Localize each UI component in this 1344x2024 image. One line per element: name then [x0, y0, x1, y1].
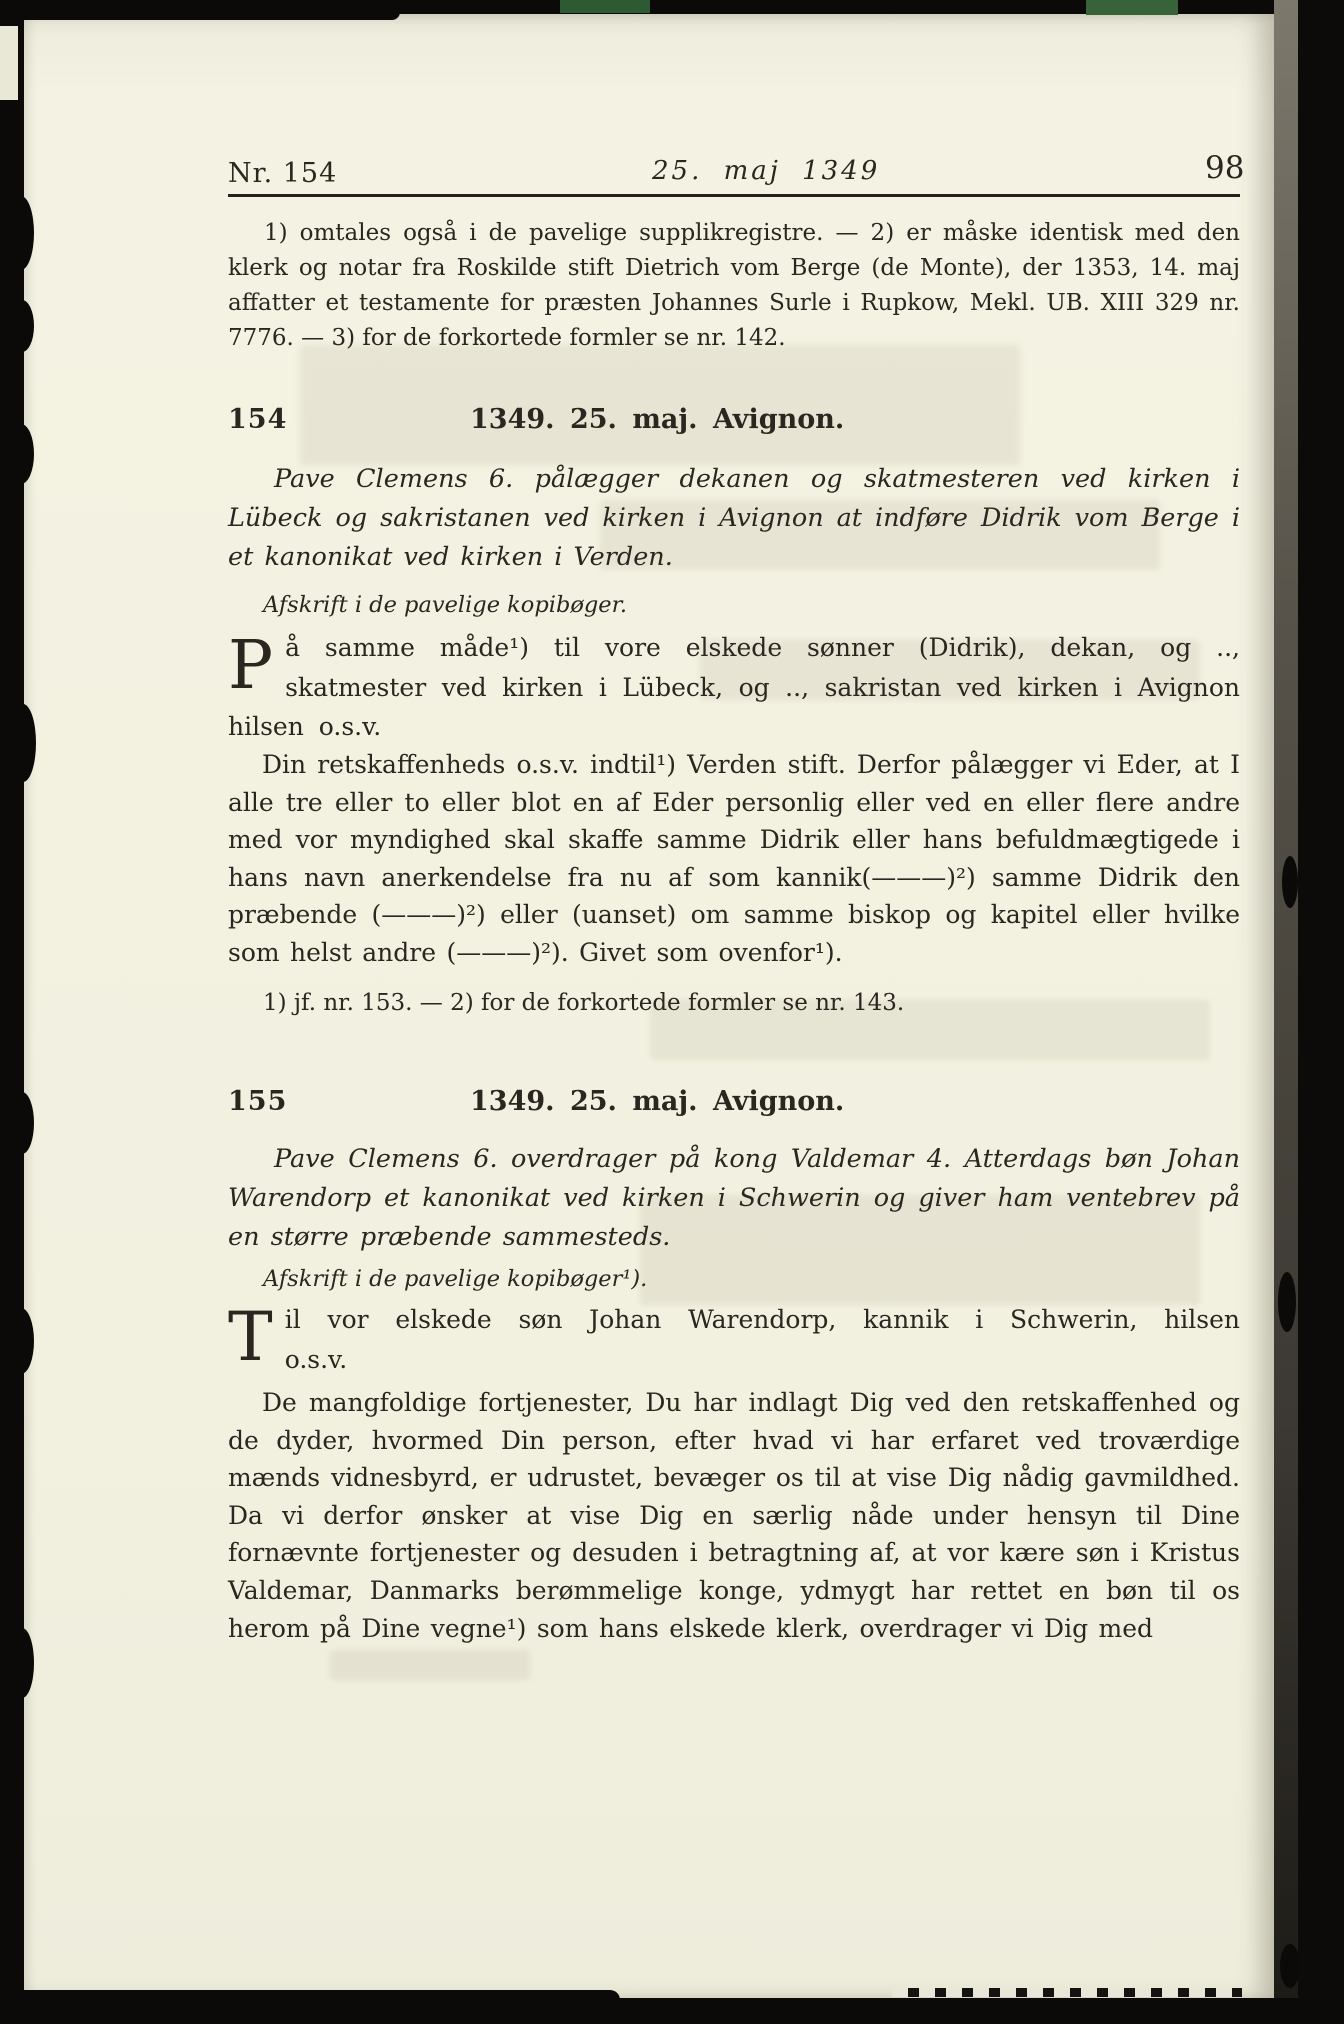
- running-head-number: Nr. 154: [228, 158, 337, 189]
- scan-edge-right-shadow: [1274, 0, 1300, 2024]
- page-number: 98: [1205, 150, 1244, 186]
- scan-edge-notch: [0, 26, 18, 100]
- entry-body-paragraph: Din retskaffenheds o.s.v. indtil¹) Verde…: [228, 746, 1240, 972]
- opening-text: il vor elskede søn Johan Warendorp, kann…: [285, 1305, 1240, 1374]
- scan-blotch: [10, 300, 34, 352]
- scan-blotch: [10, 1628, 34, 1698]
- entry-footnote: 1) jf. nr. 153. — 2) for de forkortede f…: [263, 990, 904, 1016]
- entry-opening-paragraph: Til vor elskede søn Johan Warendorp, kan…: [228, 1300, 1240, 1379]
- carryover-footnote: 1) omtales også i de pavelige supplikreg…: [228, 216, 1240, 356]
- running-head-date: 25. maj 1349: [652, 156, 880, 186]
- scanned-book-page: { "colors": { "paper": "#f2f0df", "ink":…: [0, 0, 1344, 2024]
- scan-edge-green-segment: [1086, 0, 1178, 15]
- entry-summary: Pave Clemens 6. pålægger dekanen og skat…: [228, 460, 1240, 576]
- scan-blotch: [1278, 1272, 1296, 1332]
- scan-blotch: [8, 1308, 34, 1374]
- opening-text: å samme måde¹) til vore elskede sønner (…: [228, 633, 1240, 741]
- scan-blotch: [8, 196, 34, 270]
- scan-blotch: [8, 424, 34, 484]
- scan-blotch: [10, 704, 36, 782]
- entry-source-note: Afskrift i de pavelige kopibøger.: [263, 592, 627, 618]
- entry-body-paragraph: De mangfoldige fortjenester, Du har indl…: [228, 1384, 1240, 1647]
- scan-edge-top-thick: [0, 0, 400, 20]
- drop-cap-initial: P: [228, 635, 273, 695]
- scan-edge-bottom: [0, 1998, 1344, 2024]
- scan-edge-dashed-strip: [892, 1988, 1242, 1997]
- bleedthrough-smudge: [330, 1650, 530, 1680]
- header-rule: [228, 194, 1240, 197]
- drop-cap-initial: T: [228, 1307, 273, 1367]
- scan-edge-right: [1298, 0, 1344, 2024]
- entry-dateline: 1349. 25. maj. Avignon.: [470, 404, 844, 435]
- entry-source-note: Afskrift i de pavelige kopibøger¹).: [263, 1266, 647, 1292]
- entry-dateline: 1349. 25. maj. Avignon.: [470, 1086, 844, 1117]
- scan-blotch: [1282, 856, 1298, 908]
- scan-edge-green-segment: [560, 0, 650, 13]
- entry-summary: Pave Clemens 6. overdrager på kong Valde…: [228, 1140, 1240, 1256]
- scan-blotch: [10, 1092, 34, 1154]
- scan-blotch: [1280, 1944, 1300, 1988]
- entry-number: 155: [228, 1086, 287, 1117]
- entry-opening-paragraph: På samme måde¹) til vore elskede sønner …: [228, 628, 1240, 747]
- entry-number: 154: [228, 404, 287, 435]
